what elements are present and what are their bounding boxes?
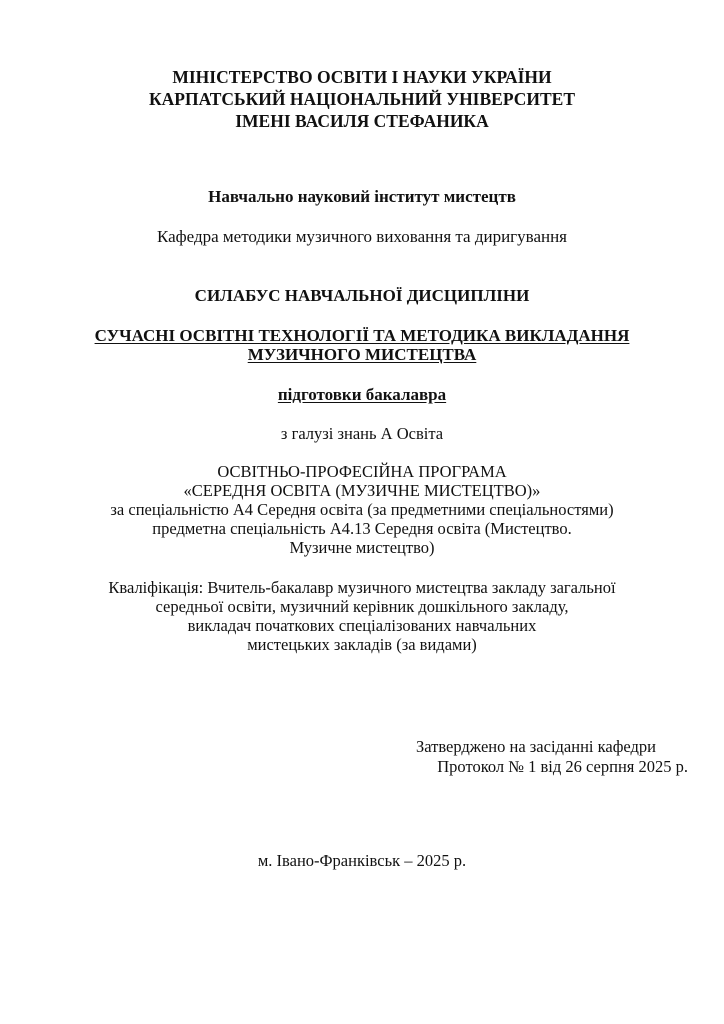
university-line: КАРПАТСЬКИЙ НАЦІОНАЛЬНИЙ УНІВЕРСИТЕТ bbox=[0, 89, 724, 110]
qualification-line-4: мистецьких закладів (за видами) bbox=[0, 635, 724, 654]
protocol-line: Протокол № 1 від 26 серпня 2025 р. bbox=[370, 757, 688, 777]
department-name: Кафедра методики музичного виховання та … bbox=[0, 227, 724, 247]
ministry-line: МІНІСТЕРСТВО ОСВІТИ І НАУКИ УКРАЇНИ bbox=[0, 67, 724, 88]
discipline-title-line-2: МУЗИЧНОГО МИСТЕЦТВА bbox=[0, 345, 724, 365]
university-name-line: ІМЕНІ ВАСИЛЯ СТЕФАНИКА bbox=[0, 111, 724, 132]
approval-line: Затверджено на засіданні кафедри bbox=[370, 737, 688, 757]
program-name: «СЕРЕДНЯ ОСВІТА (МУЗИЧНЕ МИСТЕЦТВО)» bbox=[0, 481, 724, 500]
subject-specialty-cont: Музичне мистецтво) bbox=[0, 538, 724, 557]
institute-name: Навчально науковий інститут мистецтв bbox=[0, 187, 724, 207]
program-title: ОСВІТНЬО-ПРОФЕСІЙНА ПРОГРАМА bbox=[0, 462, 724, 481]
field-of-knowledge: з галузі знань А Освіта bbox=[0, 424, 724, 443]
qualification-line-1: Кваліфікація: Вчитель-бакалавр музичного… bbox=[0, 578, 724, 597]
syllabus-title: СИЛАБУС НАВЧАЛЬНОЇ ДИСЦИПЛІНИ bbox=[0, 286, 724, 306]
discipline-title-line-1: СУЧАСНІ ОСВІТНІ ТЕХНОЛОГІЇ ТА МЕТОДИКА В… bbox=[0, 326, 724, 346]
subject-specialty: предметна спеціальність А4.13 Середня ос… bbox=[0, 519, 724, 538]
qualification-line-2: середньої освіти, музичний керівник дошк… bbox=[0, 597, 724, 616]
city-year: м. Івано-Франківськ – 2025 р. bbox=[0, 851, 724, 870]
specialty: за спеціальністю А4 Середня освіта (за п… bbox=[0, 500, 724, 519]
approval-block: Затверджено на засіданні кафедри Протоко… bbox=[370, 737, 688, 777]
degree-level: підготовки бакалавра bbox=[0, 385, 724, 405]
qualification-line-3: викладач початкових спеціалізованих навч… bbox=[0, 616, 724, 635]
